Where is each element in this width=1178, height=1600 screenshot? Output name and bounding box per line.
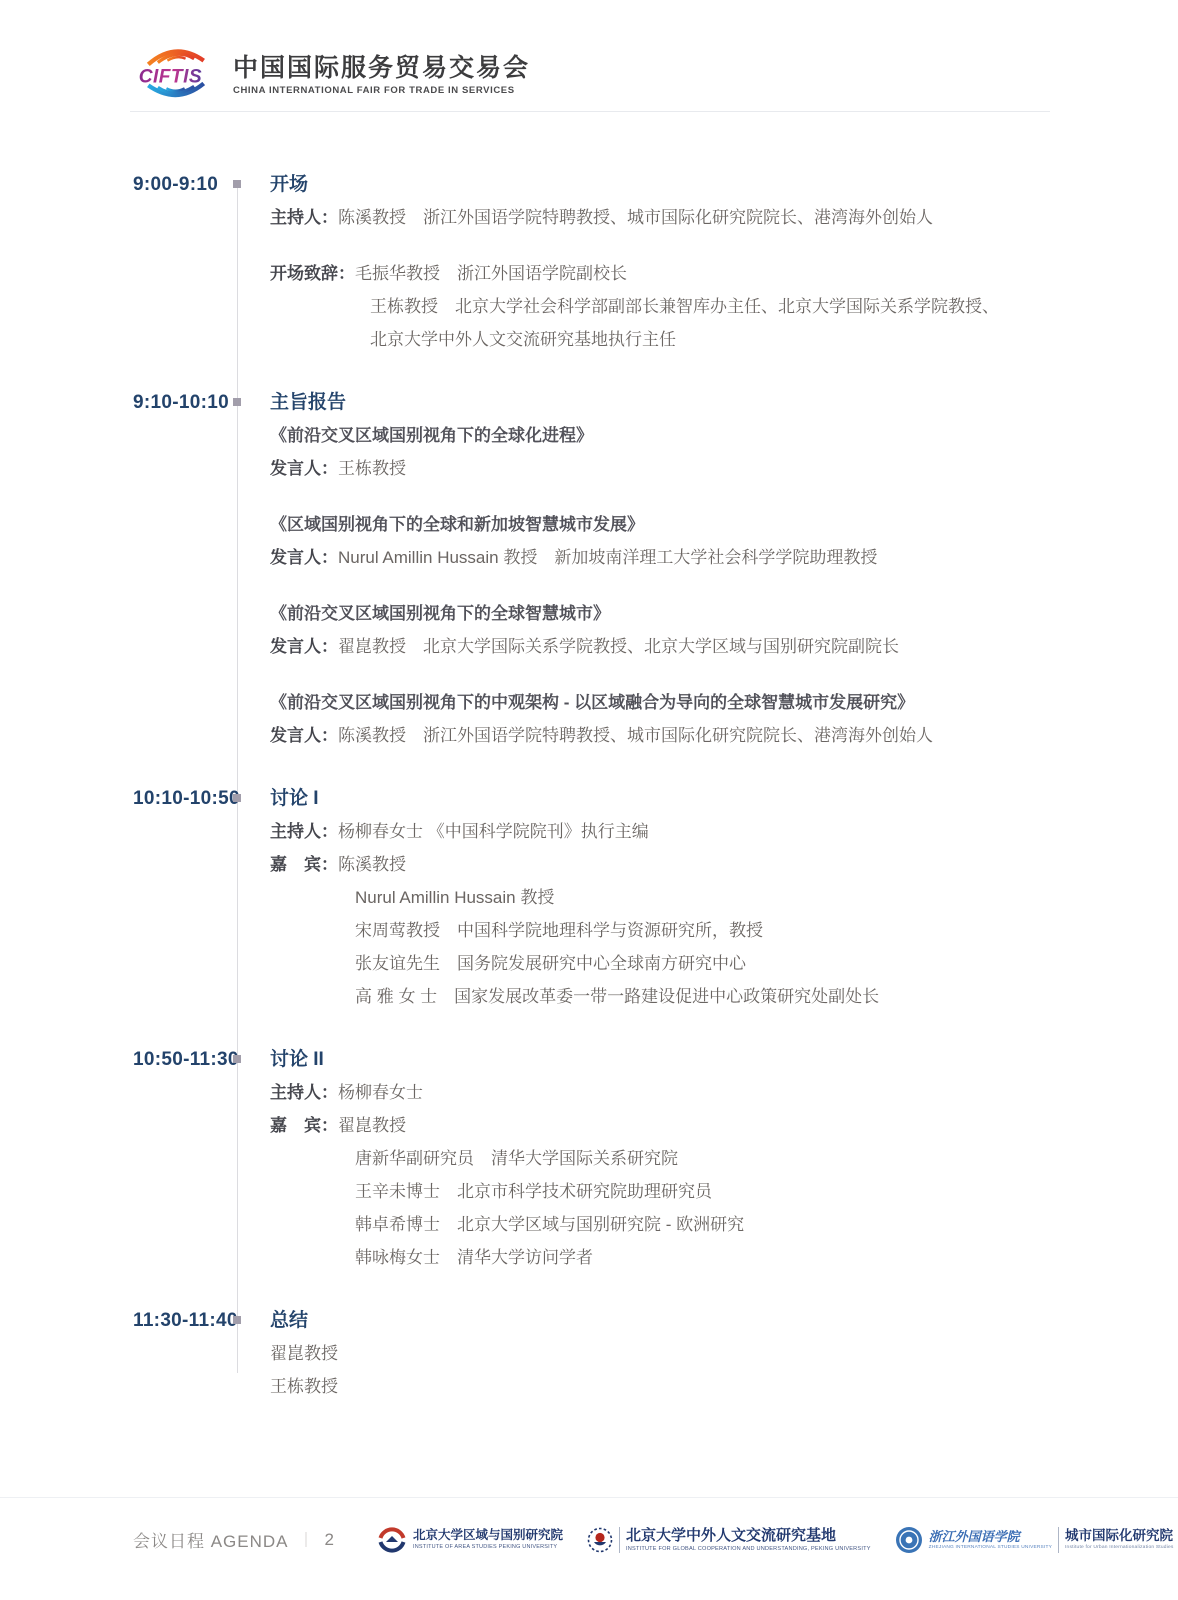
row-text: 《前沿交叉区域国别视角下的全球智慧城市》 — [270, 604, 610, 623]
agenda-row: 张友谊先生 国务院发展研究中心全球南方研究中心 — [270, 947, 1051, 980]
row-gap — [133, 485, 1051, 508]
uis-name-en: Institute for Urban Internationalization… — [1065, 1545, 1174, 1551]
agenda-row: 王辛未博士 北京市科学技术研究院助理研究员 — [270, 1175, 1051, 1208]
fair-title-cn: 中国国际服务贸易交易会 — [233, 55, 530, 83]
timeline-bullet-icon — [233, 1055, 241, 1063]
agenda-row: 发言人：翟崑教授 北京大学国际关系学院教授、北京大学区域与国别研究院副院长 — [270, 630, 1051, 663]
logo-igcu: 北京大学中外人文交流研究基地 INSTITUTE FOR GLOBAL COOP… — [587, 1527, 871, 1553]
agenda-row: 《区域国别视角下的全球和新加坡智慧城市发展》 — [270, 508, 1051, 541]
row-label: 主持人： — [270, 1083, 338, 1102]
agenda-row: 《前沿交叉区域国别视角下的全球智慧城市》 — [270, 597, 1051, 630]
row-gap — [133, 234, 1051, 257]
agenda-row: 发言人：陈溪教授 浙江外国语学院特聘教授、城市国际化研究院院长、港湾海外创始人 — [270, 719, 1051, 752]
ciftis-logo-icon: CIFTIS — [133, 42, 219, 109]
agenda-row: 《前沿交叉区域国别视角下的全球化进程》 — [270, 419, 1051, 452]
row-text: 唐新华副研究员 清华大学国际关系研究院 — [355, 1149, 678, 1168]
footer-agenda-label: 会议日程 AGENDA — [133, 1527, 289, 1552]
agenda-page: CIFTIS 中国国际服务贸易交易会 CHINA INTERNATIONAL F… — [0, 0, 1178, 1600]
row-text: 韩咏梅女士 清华大学访问学者 — [355, 1248, 593, 1267]
timeline-bullet-icon — [233, 180, 241, 188]
agenda-session-2: 9:10-10:10主旨报告《前沿交叉区域国别视角下的全球化进程》发言人：王栋教… — [133, 386, 1051, 752]
page-number: 2 — [325, 1530, 335, 1550]
zisu-name-en: ZHEJIANG INTERNATIONAL STUDIES UNIVERSIT… — [929, 1545, 1052, 1551]
header-divider — [130, 111, 1050, 112]
agenda-session-3: 10:10-10:50讨论 I主持人：杨柳春女士 《中国科学院院刊》执行主编嘉 … — [133, 782, 1051, 1013]
row-label: 主持人： — [270, 822, 338, 841]
timeline-bullet-icon — [233, 1316, 241, 1324]
session-time: 9:10-10:10 — [133, 386, 229, 419]
row-gap — [133, 663, 1051, 686]
uis-name-cn: 城市国际化研究院 — [1065, 1528, 1174, 1545]
row-label: 发言人： — [270, 637, 338, 656]
row-label: 发言人： — [270, 459, 338, 478]
row-text: 翟崑教授 — [338, 1116, 406, 1135]
session-time: 9:00-9:10 — [133, 168, 218, 201]
row-text: 翟崑教授 北京大学国际关系学院教授、北京大学区域与国别研究院副院长 — [338, 637, 899, 656]
session-head: 9:00-9:10开场 — [133, 168, 1051, 201]
session-time: 10:10-10:50 — [133, 782, 240, 815]
fair-title-en: CHINA INTERNATIONAL FAIR FOR TRADE IN SE… — [233, 85, 530, 96]
timeline-bullet-icon — [233, 398, 241, 406]
session-title: 讨论 I — [270, 782, 1051, 815]
ias-globe-icon — [377, 1525, 407, 1555]
igcu-name-en: INSTITUTE FOR GLOBAL COOPERATION AND UND… — [626, 1546, 871, 1553]
agenda-row: 韩卓希博士 北京大学区域与国别研究院 - 欧洲研究 — [270, 1208, 1051, 1241]
agenda: 9:00-9:10开场主持人：陈溪教授 浙江外国语学院特聘教授、城市国际化研究院… — [133, 168, 1051, 1433]
row-label: 发言人： — [270, 726, 338, 745]
footer-divider — [0, 1497, 1178, 1498]
row-label: 嘉 宾： — [270, 855, 338, 874]
agenda-row: 发言人：王栋教授 — [270, 452, 1051, 485]
igcu-icon — [587, 1527, 613, 1553]
agenda-row: 翟崑教授 — [270, 1337, 1051, 1370]
row-text: 高 雅 女 士 国家发展改革委一带一路建设促进中心政策研究处副处长 — [355, 987, 879, 1006]
agenda-sessions: 9:00-9:10开场主持人：陈溪教授 浙江外国语学院特聘教授、城市国际化研究院… — [133, 168, 1051, 1403]
row-text: 宋周莺教授 中国科学院地理科学与资源研究所，教授 — [355, 921, 763, 940]
igcu-text: 北京大学中外人文交流研究基地 INSTITUTE FOR GLOBAL COOP… — [626, 1527, 871, 1553]
session-title: 讨论 II — [270, 1043, 1051, 1076]
row-label: 开场致辞： — [270, 264, 355, 283]
row-label: 嘉 宾： — [270, 1116, 338, 1135]
row-text: 杨柳春女士 — [338, 1083, 423, 1102]
zisu-text: 浙江外国语学院 ZHEJIANG INTERNATIONAL STUDIES U… — [929, 1529, 1052, 1551]
ias-text: 北京大学区域与国别研究院 INSTITUTE OF AREA STUDIES P… — [413, 1528, 563, 1551]
session-head: 10:50-11:30讨论 II — [133, 1043, 1051, 1076]
agenda-row: 王栋教授 — [270, 1370, 1051, 1403]
row-text: Nurul Amillin Hussain 教授 — [355, 888, 554, 907]
row-text: 《前沿交叉区域国别视角下的中观架构 - 以区域融合为导向的全球智慧城市发展研究》 — [270, 693, 914, 712]
uis-text: 城市国际化研究院 Institute for Urban Internation… — [1065, 1528, 1174, 1551]
zisu-seal-icon — [895, 1526, 923, 1554]
agenda-session-5: 11:30-11:40总结翟崑教授王栋教授 — [133, 1304, 1051, 1403]
row-text: 王栋教授 — [270, 1377, 338, 1396]
agenda-row: 《前沿交叉区域国别视角下的中观架构 - 以区域融合为导向的全球智慧城市发展研究》 — [270, 686, 1051, 719]
agenda-row: 高 雅 女 士 国家发展改革委一带一路建设促进中心政策研究处副处长 — [270, 980, 1051, 1013]
ias-name-cn: 北京大学区域与国别研究院 — [413, 1528, 563, 1544]
timeline-bullet-icon — [233, 794, 241, 802]
agenda-row: 韩咏梅女士 清华大学访问学者 — [270, 1241, 1051, 1274]
row-text: 《前沿交叉区域国别视角下的全球化进程》 — [270, 426, 593, 445]
zisu-name-cn: 浙江外国语学院 — [929, 1529, 1052, 1545]
session-time: 10:50-11:30 — [133, 1043, 239, 1076]
row-text: 陈溪教授 浙江外国语学院特聘教授、城市国际化研究院院长、港湾海外创始人 — [338, 208, 933, 227]
logo-institute-area-studies: 北京大学区域与国别研究院 INSTITUTE OF AREA STUDIES P… — [377, 1525, 563, 1555]
footer: 会议日程 AGENDA ｜ 2 北京大学区域与国别研究院 INSTITUTE O… — [133, 1524, 1058, 1555]
footer-separator: ｜ — [299, 1529, 315, 1550]
ias-name-en: INSTITUTE OF AREA STUDIES PEKING UNIVERS… — [413, 1544, 563, 1551]
agenda-session-4: 10:50-11:30讨论 II主持人：杨柳春女士嘉 宾：翟崑教授唐新华副研究员… — [133, 1043, 1051, 1274]
row-text: 《区域国别视角下的全球和新加坡智慧城市发展》 — [270, 515, 644, 534]
agenda-row: 北京大学中外人文交流研究基地执行主任 — [270, 323, 1051, 356]
session-title: 主旨报告 — [270, 386, 1051, 419]
row-text: 陈溪教授 — [338, 855, 406, 874]
session-title: 总结 — [270, 1304, 1051, 1337]
agenda-row: 嘉 宾：翟崑教授 — [270, 1109, 1051, 1142]
row-text: 翟崑教授 — [270, 1344, 338, 1363]
agenda-row: 发言人：Nurul Amillin Hussain 教授 新加坡南洋理工大学社会… — [270, 541, 1051, 574]
row-text: 王栋教授 — [338, 459, 406, 478]
row-text: 杨柳春女士 《中国科学院院刊》执行主编 — [338, 822, 649, 841]
logo-zisu-uis: 浙江外国语学院 ZHEJIANG INTERNATIONAL STUDIES U… — [895, 1526, 1174, 1554]
row-label: 主持人： — [270, 208, 338, 227]
agenda-row: 宋周莺教授 中国科学院地理科学与资源研究所，教授 — [270, 914, 1051, 947]
session-title: 开场 — [270, 168, 1051, 201]
row-text: 张友谊先生 国务院发展研究中心全球南方研究中心 — [355, 954, 746, 973]
agenda-session-1: 9:00-9:10开场主持人：陈溪教授 浙江外国语学院特聘教授、城市国际化研究院… — [133, 168, 1051, 356]
footer-page-info: 会议日程 AGENDA ｜ 2 — [133, 1527, 335, 1552]
session-head: 9:10-10:10主旨报告 — [133, 386, 1051, 419]
agenda-row: 唐新华副研究员 清华大学国际关系研究院 — [270, 1142, 1051, 1175]
ciftis-brand-text: CIFTIS — [139, 67, 202, 88]
row-text: 王栋教授 北京大学社会科学部副部长兼智库办主任、北京大学国际关系学院教授、 — [370, 297, 999, 316]
row-text: Nurul Amillin Hussain 教授 新加坡南洋理工大学社会科学学院… — [338, 548, 877, 567]
header-title-block: 中国国际服务贸易交易会 CHINA INTERNATIONAL FAIR FOR… — [233, 55, 530, 97]
agenda-row: 主持人：杨柳春女士 《中国科学院院刊》执行主编 — [270, 815, 1051, 848]
session-head: 10:10-10:50讨论 I — [133, 782, 1051, 815]
row-text: 北京大学中外人文交流研究基地执行主任 — [370, 330, 676, 349]
row-label: 发言人： — [270, 548, 338, 567]
header: CIFTIS 中国国际服务贸易交易会 CHINA INTERNATIONAL F… — [133, 42, 530, 109]
row-text: 韩卓希博士 北京大学区域与国别研究院 - 欧洲研究 — [355, 1215, 744, 1234]
footer-logos: 北京大学区域与国别研究院 INSTITUTE OF AREA STUDIES P… — [377, 1524, 1178, 1555]
row-gap — [133, 574, 1051, 597]
row-text: 王辛未博士 北京市科学技术研究院助理研究员 — [355, 1182, 712, 1201]
agenda-row: Nurul Amillin Hussain 教授 — [270, 881, 1051, 914]
agenda-row: 主持人：陈溪教授 浙江外国语学院特聘教授、城市国际化研究院院长、港湾海外创始人 — [270, 201, 1051, 234]
igcu-name-cn: 北京大学中外人文交流研究基地 — [626, 1527, 871, 1546]
row-text: 陈溪教授 浙江外国语学院特聘教授、城市国际化研究院院长、港湾海外创始人 — [338, 726, 933, 745]
session-head: 11:30-11:40总结 — [133, 1304, 1051, 1337]
agenda-row: 开场致辞：毛振华教授 浙江外国语学院副校长 — [270, 257, 1051, 290]
session-time: 11:30-11:40 — [133, 1304, 238, 1337]
logo-divider — [1058, 1527, 1059, 1553]
agenda-row: 嘉 宾：陈溪教授 — [270, 848, 1051, 881]
agenda-row: 王栋教授 北京大学社会科学部副部长兼智库办主任、北京大学国际关系学院教授、 — [270, 290, 1051, 323]
row-text: 毛振华教授 浙江外国语学院副校长 — [355, 264, 627, 283]
logo-divider — [619, 1527, 620, 1553]
agenda-row: 主持人：杨柳春女士 — [270, 1076, 1051, 1109]
